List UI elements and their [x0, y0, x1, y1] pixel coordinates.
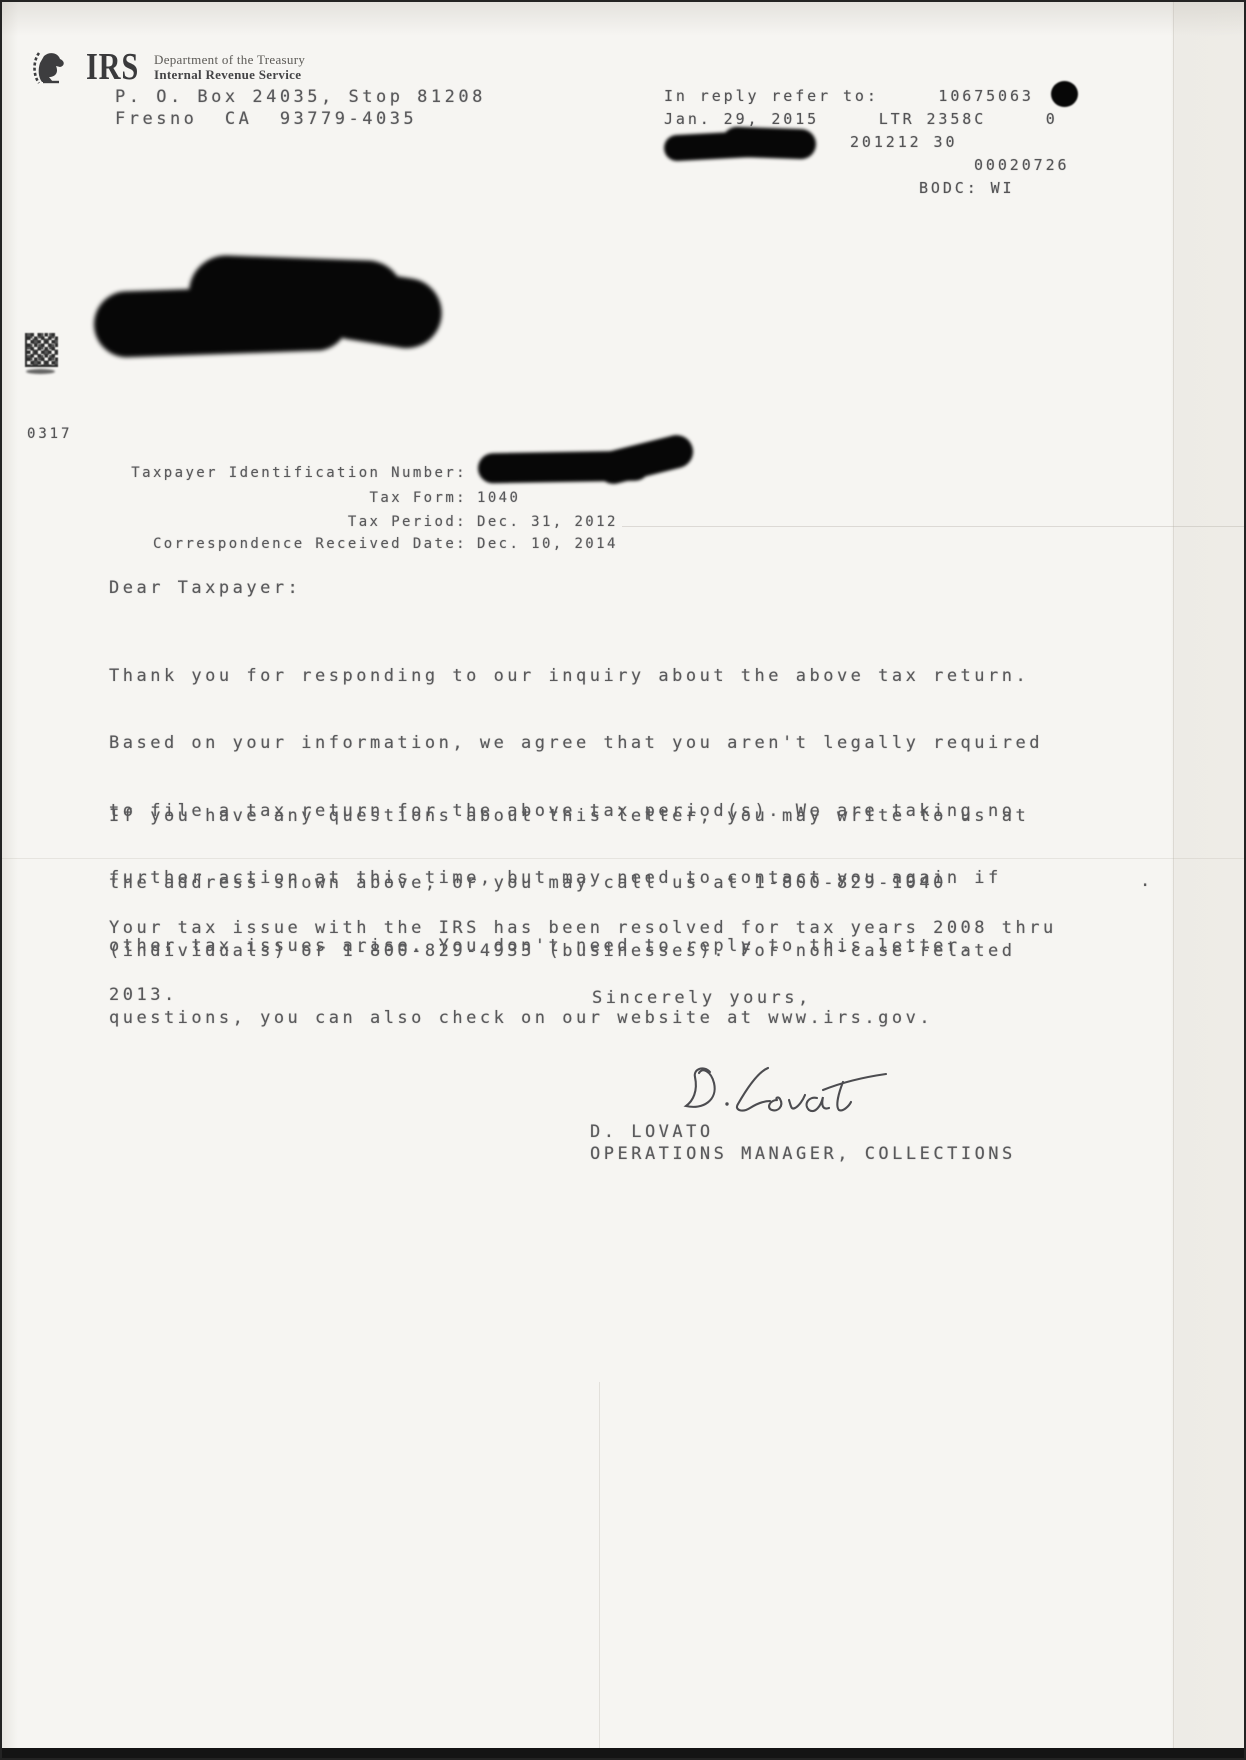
redaction-recipient-address — [94, 258, 444, 356]
redaction-tin — [478, 443, 698, 485]
redaction-reference-code — [664, 128, 818, 162]
bodc-line: BODC: WI — [919, 177, 1014, 200]
redaction-dot — [1051, 81, 1078, 107]
control-number: 00020726 — [974, 154, 1069, 177]
paragraph-3: Your tax issue with the IRS has been res… — [109, 872, 1057, 1052]
scan-edge-strip — [2, 1748, 1244, 1758]
crease-line — [599, 1382, 600, 1752]
return-address-po-box: P. O. Box 24035, Stop 81208 — [115, 86, 486, 109]
signer-name: D. LOVATO — [590, 1121, 714, 1144]
case-row-label: Tax Form: — [2, 486, 467, 510]
handwritten-signature — [680, 1060, 892, 1122]
scan-page-code: 0317 — [27, 423, 72, 446]
valediction: Sincerely yours, — [592, 987, 812, 1010]
case-row-value: Dec. 31, 2012 — [477, 510, 618, 534]
case-row-value: 1040 — [477, 486, 520, 510]
crease-line — [1173, 2, 1174, 1760]
data-matrix-barcode-icon — [25, 333, 58, 367]
dept-treasury-line: Department of the Treasury — [154, 53, 305, 67]
irs-eagle-logo-icon — [30, 48, 70, 88]
signer-title: OPERATIONS MANAGER, COLLECTIONS — [590, 1143, 1016, 1166]
return-address-city: Fresno CA 93779-4035 — [115, 108, 417, 131]
case-row-label: Tax Period: — [2, 510, 467, 534]
barcode-smudge — [26, 369, 55, 374]
tax-period-code: 201212 30 — [850, 131, 957, 154]
crease-line — [622, 526, 1246, 527]
irs-wordmark: IRS — [86, 48, 139, 86]
case-row-value: Dec. 10, 2014 — [477, 532, 618, 556]
in-reply-refer-line: In reply refer to: 10675063 — [664, 85, 1034, 108]
case-row-label: Correspondence Received Date: — [2, 532, 467, 556]
internal-revenue-service-line: Internal Revenue Service — [154, 68, 301, 82]
salutation: Dear Taxpayer: — [109, 577, 301, 600]
stray-period-mark: . — [1140, 870, 1154, 893]
case-row-label: Taxpayer Identification Number: — [2, 461, 467, 485]
irs-letter-scan: IRS Department of the Treasury Internal … — [0, 0, 1246, 1760]
